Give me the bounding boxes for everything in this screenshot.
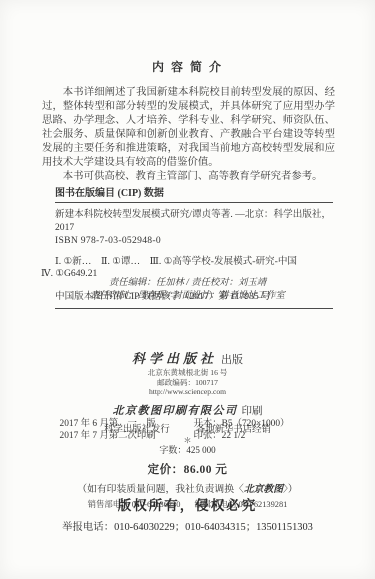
edition-date: 2017 年 6 月第 一 版 <box>60 418 182 430</box>
credits-line-2: 责任印制：吕春珉 / 封面设计：耕者设计工作室 <box>0 290 375 303</box>
publisher-address: 北京东黄城根北街 16 号 <box>0 368 375 378</box>
copyright-block: 版权所有，侵权必究 举报电话：010-64030229；010-64034315… <box>0 494 375 533</box>
printer-suffix: 印刷 <box>242 406 263 417</box>
publish-suffix: 出版 <box>221 354 243 366</box>
printing-date: 2017 年 7 月第二次印刷 <box>60 430 182 442</box>
abstract-title: 内 容 简 介 <box>0 58 375 75</box>
report-phone-line: 举报电话：010-64030229；010-64034315；135011513… <box>0 518 375 533</box>
printed-sheets: 印张：22 1/2 <box>194 430 316 442</box>
edition-row-2: 2017 年 7 月第二次印刷 印张：22 1/2 <box>0 430 375 442</box>
staff-credits: 责任编辑：任加林 / 责任校对：刘玉靖 责任印制：吕春珉 / 封面设计：耕者设计… <box>0 277 375 303</box>
quality-notice: （如有印装质量问题，我社负责调换〈北京教图〉） <box>0 481 375 495</box>
edition-row-1: 2017 年 6 月第 一 版 开本：B5（720×1000） <box>0 418 375 430</box>
abstract-paragraph-1: 本书详细阐述了我国新建本科院校目前转型发展的原因、经过，整体转型和部分转型的发展… <box>42 86 335 170</box>
cip-heading: 图书在版编目 (CIP) 数据 <box>55 184 333 203</box>
cip-entry: 新建本科院校转型发展模式研究/谭贞等著. —北京：科学出版社，2017 <box>55 208 333 234</box>
publisher-website: http://www.sciencep.com <box>0 387 375 397</box>
publisher-postcode: 邮政编码：100717 <box>0 378 375 388</box>
book-copyright-page: 内 容 简 介 本书详细阐述了我国新建本科院校目前转型发展的原因、经过，整体转型… <box>0 0 375 579</box>
printer-name: 北京教图印刷有限公司 <box>113 405 238 417</box>
abstract-paragraph-2: 本书可供高校、教育主管部门、高等教育学研究者参考。 <box>42 170 335 184</box>
cip-isbn: ISBN 978-7-03-052948-0 <box>55 235 333 246</box>
printer-line: 北京教图印刷有限公司印刷 <box>0 401 375 419</box>
abstract-text: 本书详细阐述了我国新建本科院校目前转型发展的原因、经过，整体转型和部分转型的发展… <box>42 86 335 184</box>
publisher-line: 科学出版社出版 <box>0 348 375 368</box>
credits-line-1: 责任编辑：任加林 / 责任校对：刘玉靖 <box>0 277 375 290</box>
cip-classification-1: Ⅰ. ①新… Ⅱ. ①谭… Ⅲ. ①高等学校-发展模式-研究-中国 <box>55 253 333 267</box>
word-count: 字数：425 000 <box>0 443 375 456</box>
price: 定价：86.00 元 <box>0 461 375 477</box>
copyright-statement: 版权所有，侵权必究 <box>0 494 375 514</box>
cip-bottom-rule <box>55 308 333 309</box>
publisher-name: 科学出版社 <box>132 351 217 366</box>
book-format: 开本：B5（720×1000） <box>194 418 316 430</box>
